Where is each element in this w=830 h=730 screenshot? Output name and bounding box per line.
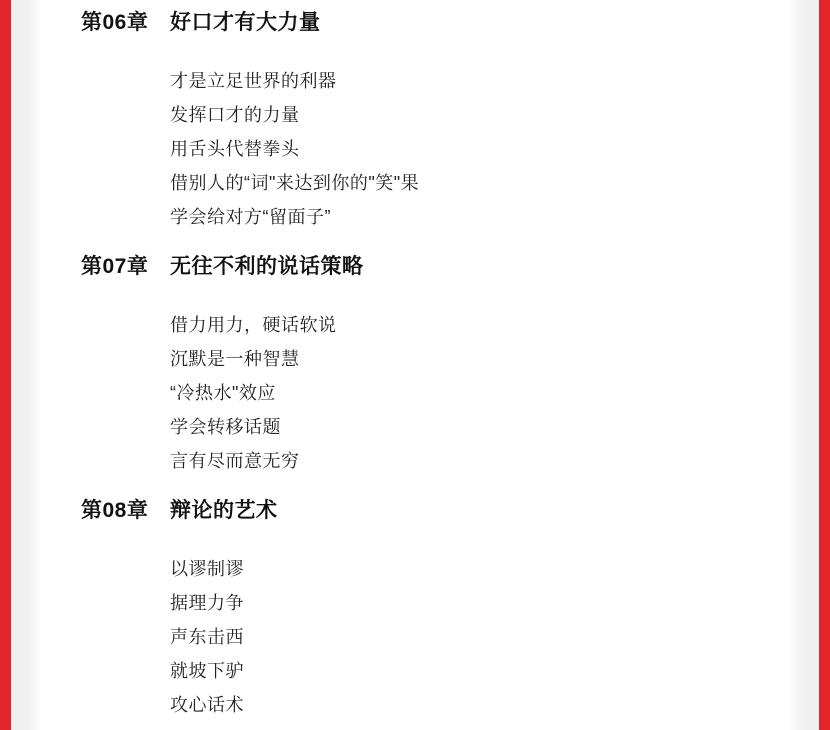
chapter-number: 第08章 xyxy=(81,498,170,524)
toc-item: 据理力争 xyxy=(170,586,770,620)
toc-item: 攻心话术 xyxy=(170,688,770,722)
chapter-number: 第06章 xyxy=(81,10,170,36)
chapter-block-06: 第06章 好口才有大力量 才是立足世界的利器 发挥口才的力量 用舌头代替拳头 借… xyxy=(81,10,770,234)
chapter-block-07: 第07章 无往不利的说话策略 借力用力，硬话软说 沉默是一种智慧 “冷热水"效应… xyxy=(81,254,770,478)
toc-item: 借力用力，硬话软说 xyxy=(170,308,770,342)
toc-item: 借别人的“词"来达到你的"笑"果 xyxy=(170,166,770,200)
chapter-items: 才是立足世界的利器 发挥口才的力量 用舌头代替拳头 借别人的“词"来达到你的"笑… xyxy=(170,64,770,234)
right-red-border xyxy=(819,0,830,730)
chapter-title: 辩论的艺术 xyxy=(170,498,770,524)
right-inner-shadow xyxy=(788,0,819,730)
chapter-items: 借力用力，硬话软说 沉默是一种智慧 “冷热水"效应 学会转移话题 言有尽而意无穷 xyxy=(170,308,770,478)
chapter-header: 第08章 辩论的艺术 xyxy=(81,498,770,524)
chapter-block-08: 第08章 辩论的艺术 以谬制谬 据理力争 声东击西 就坡下驴 攻心话术 xyxy=(81,498,770,722)
chapter-number: 第07章 xyxy=(81,254,170,280)
left-red-border xyxy=(0,0,11,730)
chapter-title: 好口才有大力量 xyxy=(170,10,770,36)
chapter-header: 第06章 好口才有大力量 xyxy=(81,10,770,36)
chapter-items: 以谬制谬 据理力争 声东击西 就坡下驴 攻心话术 xyxy=(170,552,770,722)
toc-item: 用舌头代替拳头 xyxy=(170,132,770,166)
toc-item: 声东击西 xyxy=(170,620,770,654)
toc-item: 学会给对方“留面子” xyxy=(170,200,770,234)
toc-item: 就坡下驴 xyxy=(170,654,770,688)
chapter-header: 第07章 无往不利的说话策略 xyxy=(81,254,770,280)
toc-content: 第06章 好口才有大力量 才是立足世界的利器 发挥口才的力量 用舌头代替拳头 借… xyxy=(0,0,830,722)
toc-page: 第06章 好口才有大力量 才是立足世界的利器 发挥口才的力量 用舌头代替拳头 借… xyxy=(0,0,830,730)
toc-item: 才是立足世界的利器 xyxy=(170,64,770,98)
left-inner-shadow xyxy=(11,0,42,730)
toc-item: 以谬制谬 xyxy=(170,552,770,586)
chapter-title: 无往不利的说话策略 xyxy=(170,254,770,280)
toc-item: “冷热水"效应 xyxy=(170,376,770,410)
toc-item: 沉默是一种智慧 xyxy=(170,342,770,376)
toc-item: 言有尽而意无穷 xyxy=(170,444,770,478)
toc-item: 学会转移话题 xyxy=(170,410,770,444)
toc-item: 发挥口才的力量 xyxy=(170,98,770,132)
